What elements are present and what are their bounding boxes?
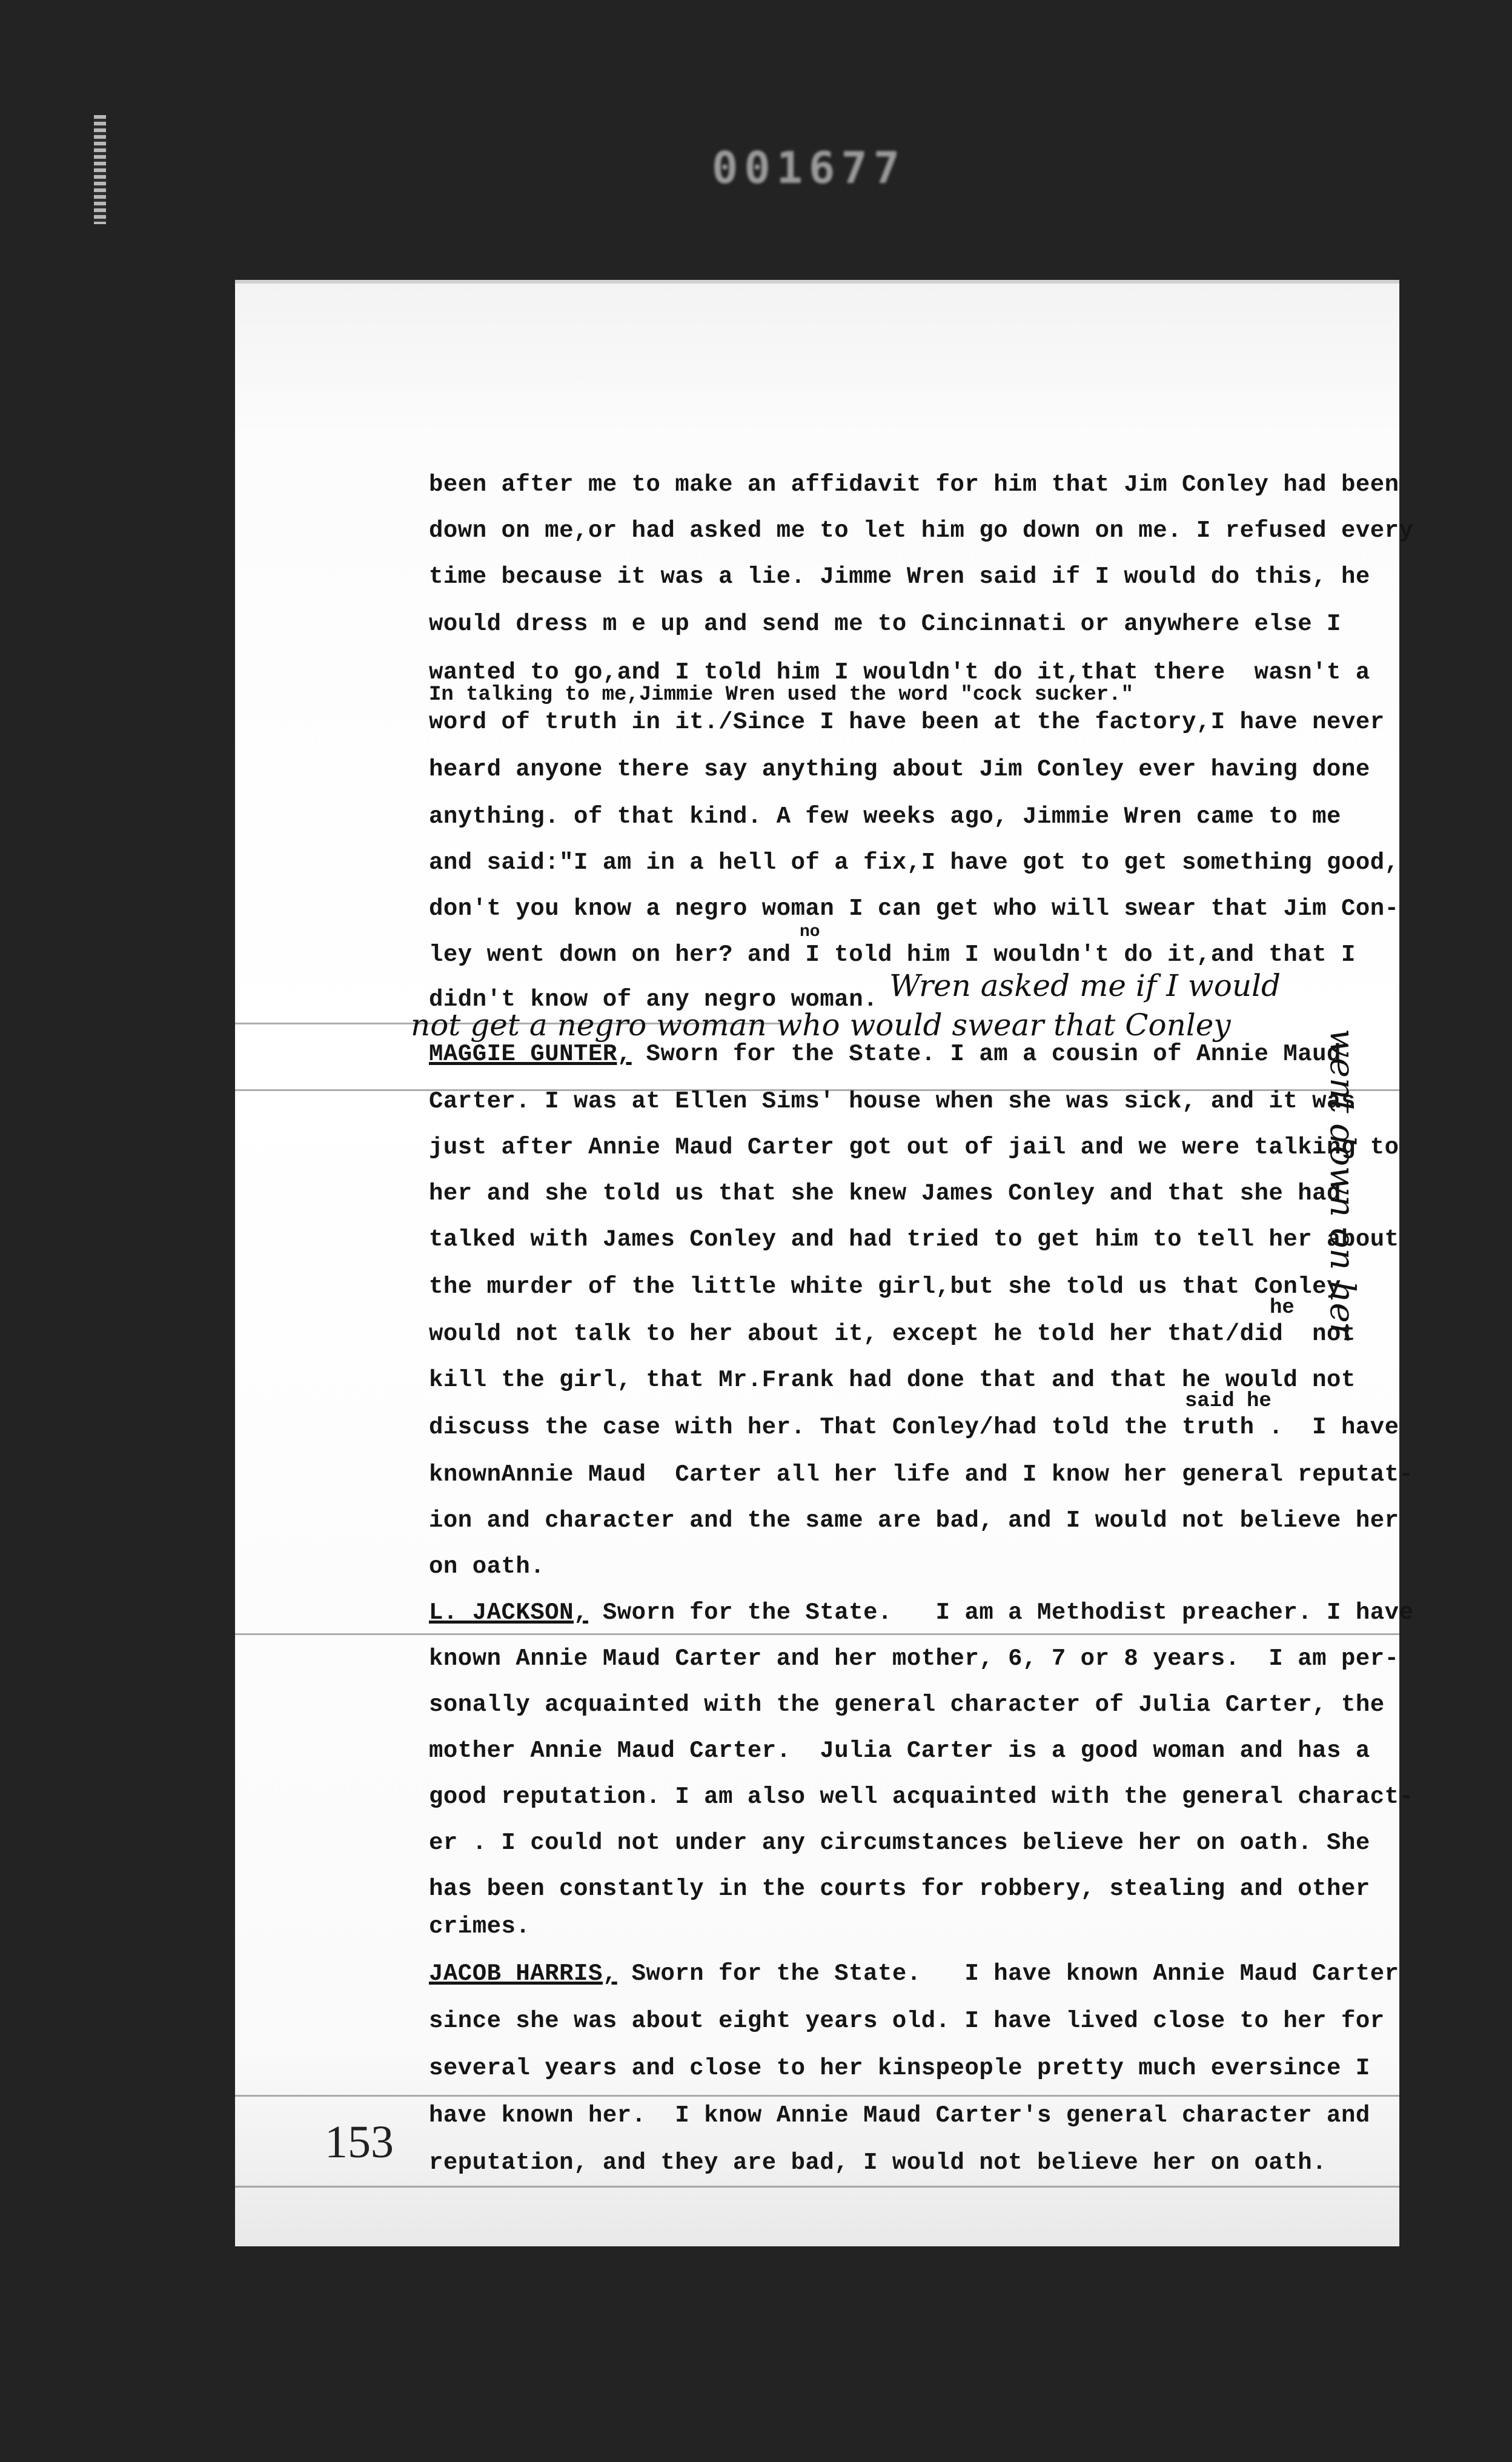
text-line: since she was about eight years old. I h…	[429, 2008, 1385, 2034]
text-line: the murder of the little white girl,but …	[429, 1273, 1341, 1300]
witness-name: MAGGIE GUNTER,	[429, 1041, 632, 1067]
text-line: word of truth in it./Since I have been a…	[429, 709, 1385, 735]
page-number: 153	[325, 2116, 394, 2169]
text-line: known Annie Maud Carter and her mother, …	[429, 1645, 1399, 1672]
text-line: would not talk to her about it, except h…	[429, 1321, 1356, 1347]
text-line: just after Annie Maud Carter got out of …	[429, 1134, 1399, 1161]
witness-entry-l-jackson: L. JACKSON, Sworn for the State. I am a …	[429, 1599, 1413, 1626]
text-line: and said:"I am in a hell of a fix,I have…	[429, 849, 1399, 876]
text-line: sonally acquainted with the general char…	[429, 1691, 1385, 1718]
text-line: knownAnnie Maud Carter all her life and …	[429, 1461, 1413, 1488]
typed-insertion: he	[1270, 1296, 1295, 1319]
text-line: has been constantly in the courts for ro…	[429, 1876, 1370, 1902]
ruled-line	[235, 2095, 1399, 2097]
text-line: mother Annie Maud Carter. Julia Carter i…	[429, 1737, 1370, 1764]
frame-number: 001677	[712, 142, 906, 193]
witness-entry-maggie-gunter: MAGGIE GUNTER, Sworn for the State. I am…	[429, 1041, 1341, 1067]
text-line: several years and close to her kinspeopl…	[429, 2055, 1370, 2082]
text-line: crimes.	[429, 1913, 530, 1940]
witness-name: L. JACKSON,	[429, 1599, 588, 1626]
document-page: been after me to make an affidavit for h…	[235, 280, 1399, 2246]
text-line: wanted to go,and I told him I wouldn't d…	[429, 659, 1370, 686]
text-line: good reputation. I am also well acquaint…	[429, 1783, 1413, 1810]
text-line: down on me,or had asked me to let him go…	[429, 517, 1413, 544]
typed-insertion: In talking to me,Jimmie Wren used the wo…	[429, 683, 1133, 706]
ruled-line	[235, 2186, 1399, 2188]
text-line: reputation, and they are bad, I would no…	[429, 2149, 1327, 2176]
ruled-line	[235, 1633, 1399, 1635]
text-line: don't you know a negro woman I can get w…	[429, 895, 1399, 922]
text-line: er . I could not under any circumstances…	[429, 1830, 1370, 1856]
text-line: anything. of that kind. A few weeks ago,…	[429, 803, 1341, 830]
text-line: would dress m e up and send me to Cincin…	[429, 611, 1341, 637]
text-line: talked with James Conley and had tried t…	[429, 1226, 1399, 1253]
text-line: have known her. I know Annie Maud Carter…	[429, 2102, 1370, 2129]
text-line: ion and character and the same are bad, …	[429, 1507, 1399, 1534]
film-edge-marks	[94, 115, 106, 224]
handwritten-note: not get a negro woman who would swear th…	[411, 1007, 1231, 1043]
text-line: on oath.	[429, 1553, 545, 1580]
handwritten-note: Wren asked me if I would	[889, 968, 1281, 1003]
text-line: heard anyone there say anything about Ji…	[429, 756, 1370, 783]
insertion-no: no	[800, 923, 820, 941]
text-line: been after me to make an affidavit for h…	[429, 471, 1399, 498]
text-line: her and she told us that she knew James …	[429, 1180, 1341, 1207]
typed-insertion: said he	[1185, 1390, 1272, 1413]
text-line: ley went down on her? and I told him I w…	[429, 941, 1356, 968]
text-line: Carter. I was at Ellen Sims' house when …	[429, 1088, 1356, 1115]
witness-name: JACOB HARRIS,	[429, 1960, 617, 1987]
text-line: discuss the case with her. That Conley/h…	[429, 1414, 1399, 1441]
text-line: time because it was a lie. Jimme Wren sa…	[429, 563, 1370, 590]
witness-entry-jacob-harris: JACOB HARRIS, Sworn for the State. I hav…	[429, 1960, 1399, 1987]
